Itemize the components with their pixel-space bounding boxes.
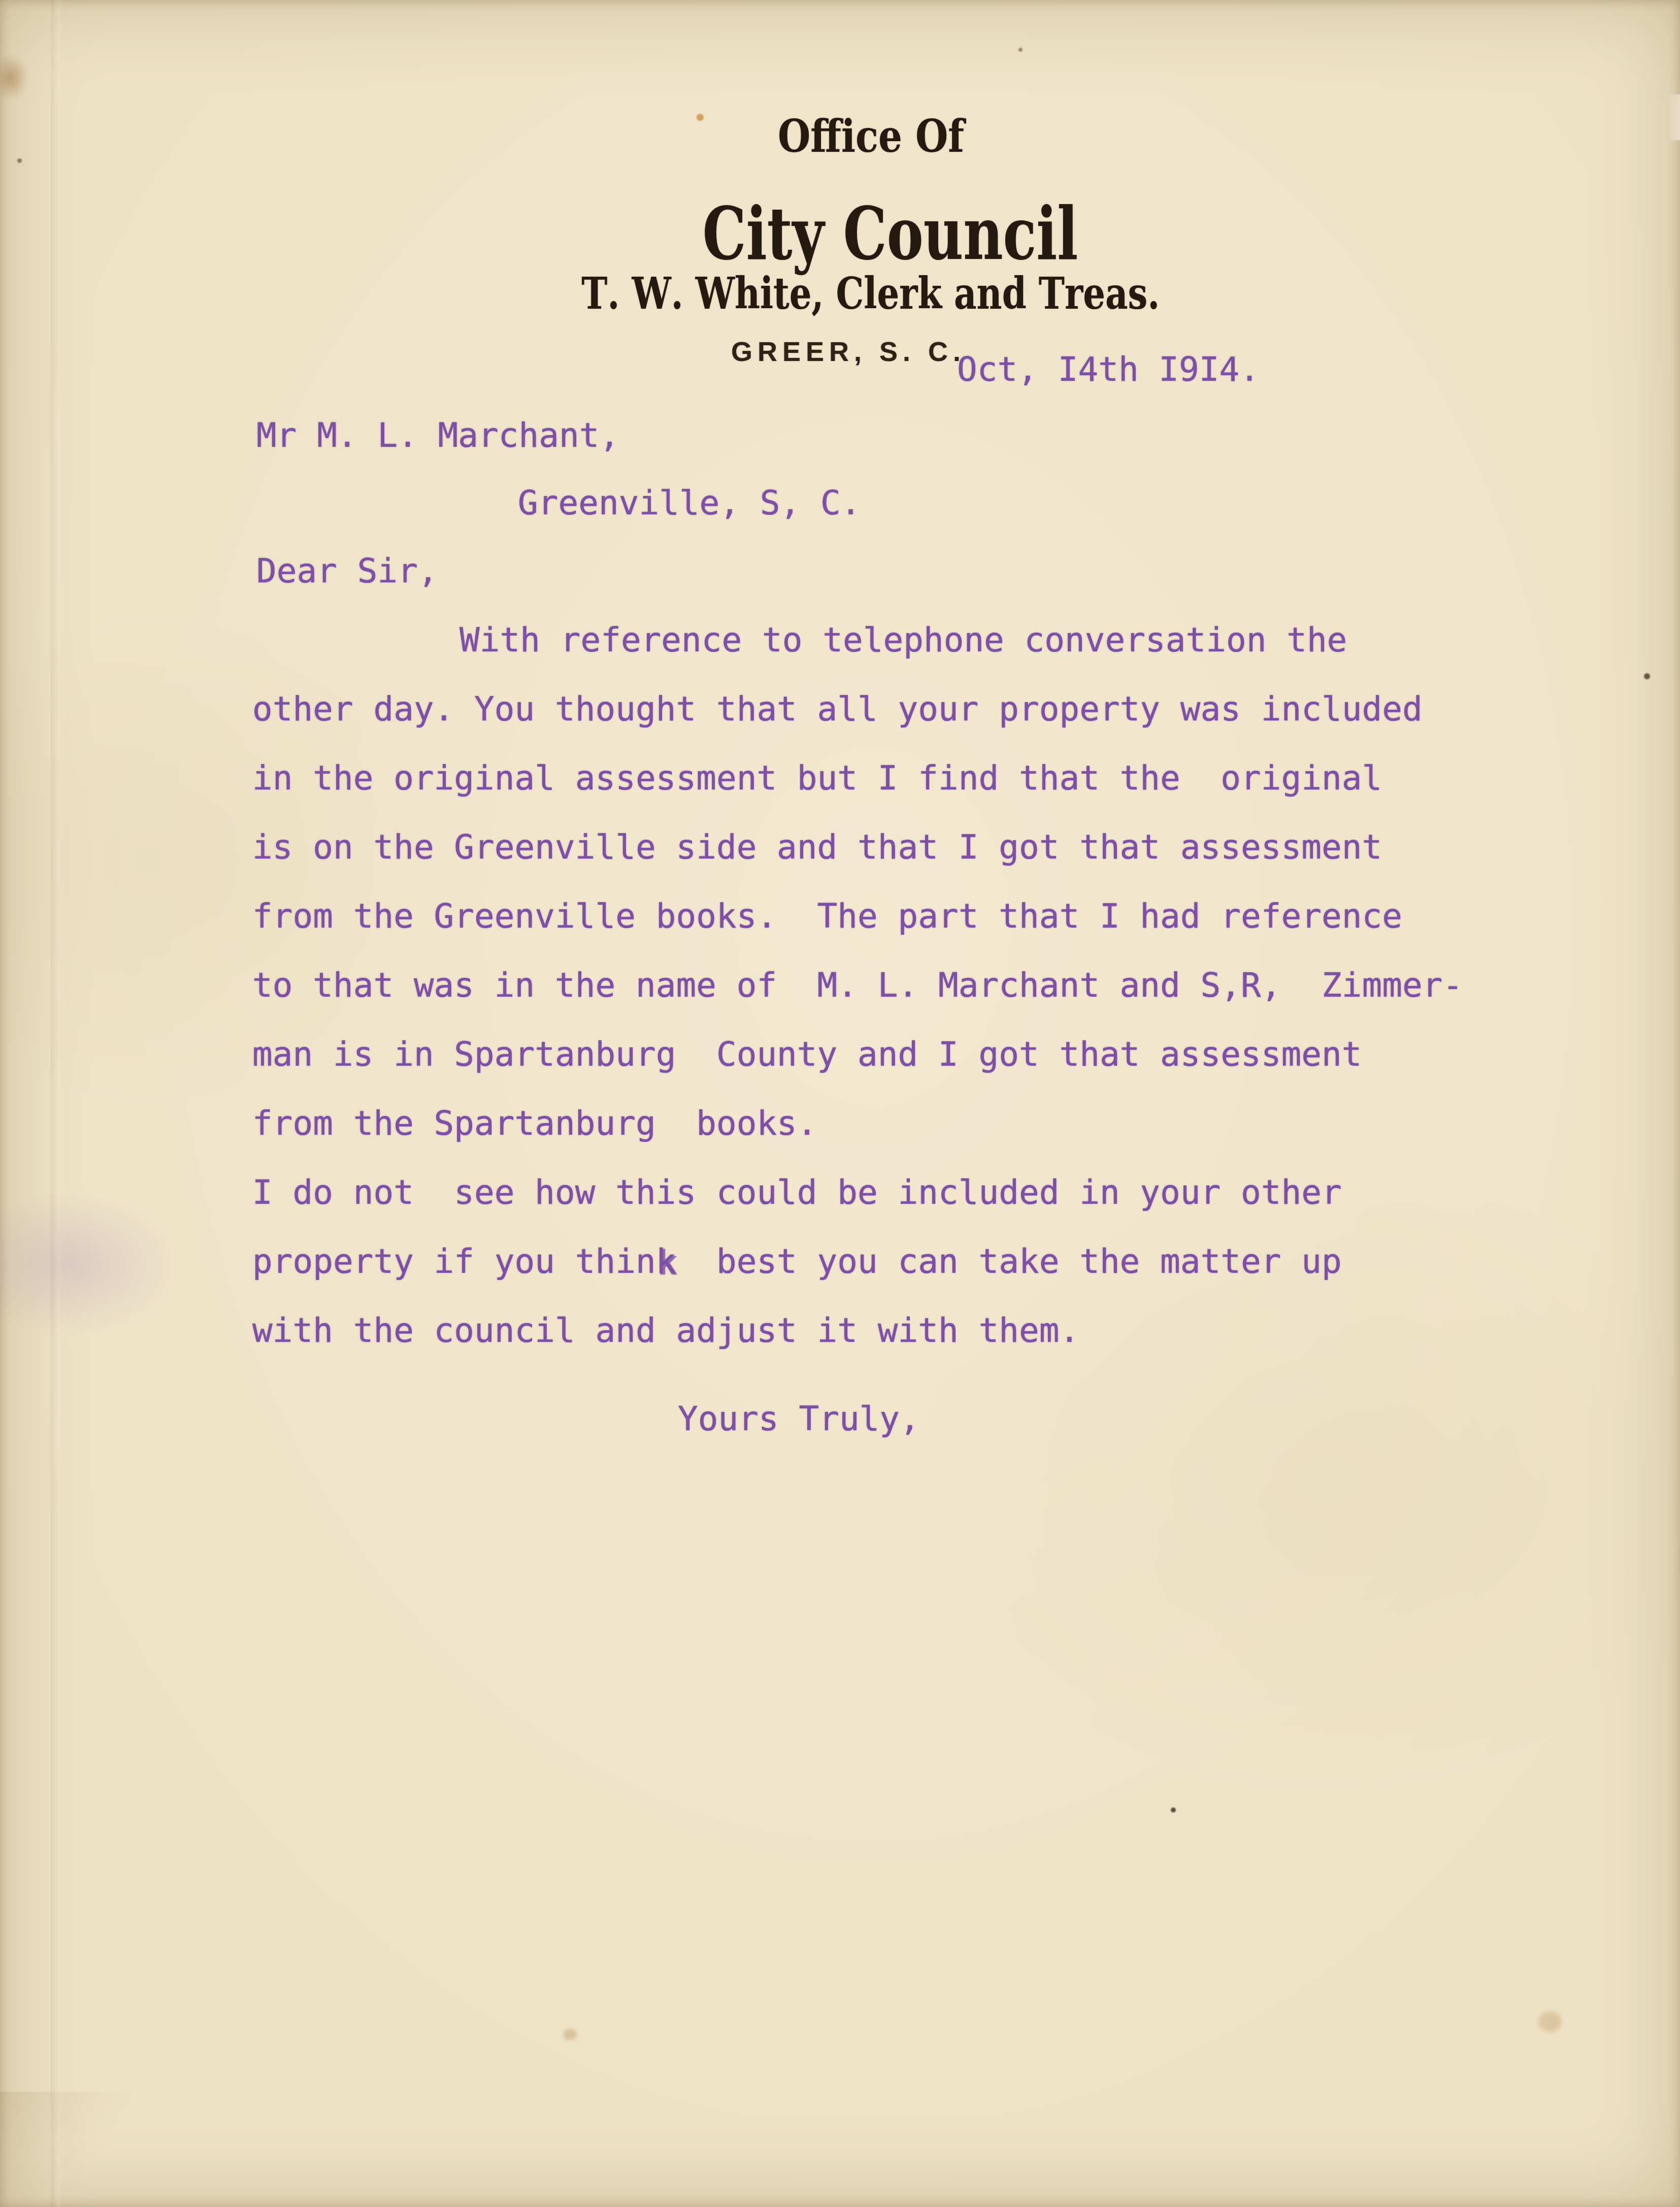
recipient-line: Mr M. L. Marchant, [256, 419, 619, 452]
ink-smudge [0, 1193, 178, 1335]
letterhead-clerk-text: T. W. White, Clerk and Treas. [581, 272, 1160, 316]
foxing-spot [1644, 673, 1650, 679]
foxing-spot [1538, 2012, 1562, 2032]
body-line: With reference to telephone conversation… [459, 623, 1347, 657]
body-line: is on the Greenville side and that I got… [252, 831, 1382, 864]
overstrike-character: k [657, 1246, 678, 1280]
body-line: other day. You thought that all your pro… [252, 693, 1423, 726]
body-line: from the Spartanburg books. [252, 1107, 817, 1140]
foxing-spot [1018, 48, 1023, 52]
body-line: with the council and adjust it with them… [252, 1314, 1079, 1347]
paper-crease [0, 2092, 132, 2207]
foxing-spot [1171, 1807, 1176, 1813]
body-line: to that was in the name of M. L. Marchan… [252, 969, 1463, 1002]
recipient-city-line: Greenville, S, C. [518, 486, 861, 520]
body-line: in the original assessment but I find th… [252, 762, 1382, 795]
letterhead-place: GREER, S. C. [731, 338, 966, 366]
foxing-spot [564, 2029, 577, 2040]
body-line: I do not see how this could be included … [252, 1176, 1342, 1209]
body-line: man is in Spartanburg County and I got t… [252, 1038, 1362, 1071]
date-line: Oct, I4th I9I4. [957, 353, 1260, 386]
body-line: property if you think best you can take … [252, 1245, 1342, 1278]
body-line: from the Greenville books. The part that… [252, 900, 1402, 933]
letter-page: Office Of City Council T. W. White, Cler… [0, 0, 1680, 2207]
closing-line: Yours Truly, [678, 1402, 920, 1436]
salutation-line: Dear Sir, [256, 554, 438, 588]
